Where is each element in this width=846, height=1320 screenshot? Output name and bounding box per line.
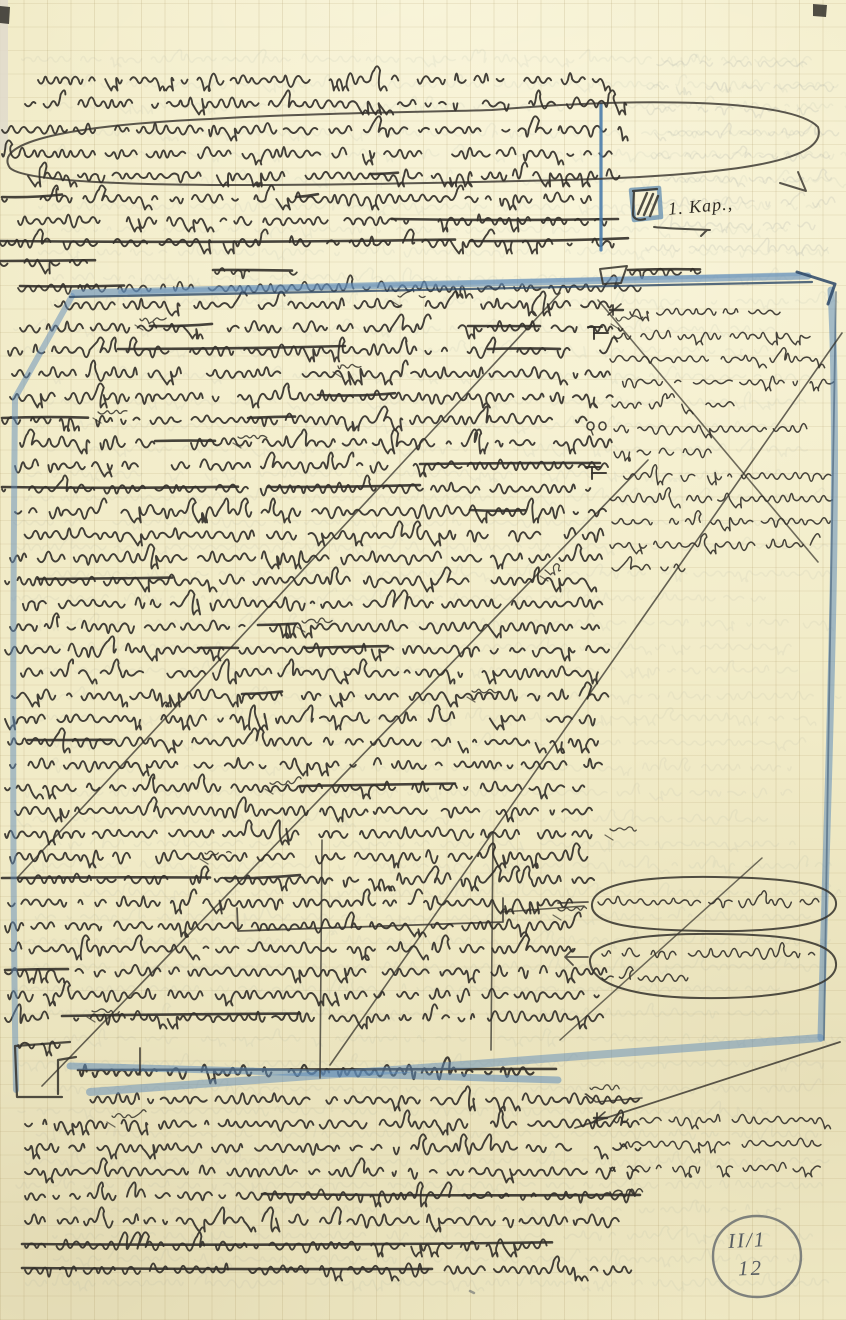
handwriting-layer — [0, 66, 834, 1280]
ghost-writing-layer — [12, 50, 846, 1291]
annotation-layer — [0, 0, 846, 1320]
manuscript-page: 1. Kap., II/1 12 — [0, 0, 846, 1320]
chapter-numeral-badge — [630, 187, 662, 221]
